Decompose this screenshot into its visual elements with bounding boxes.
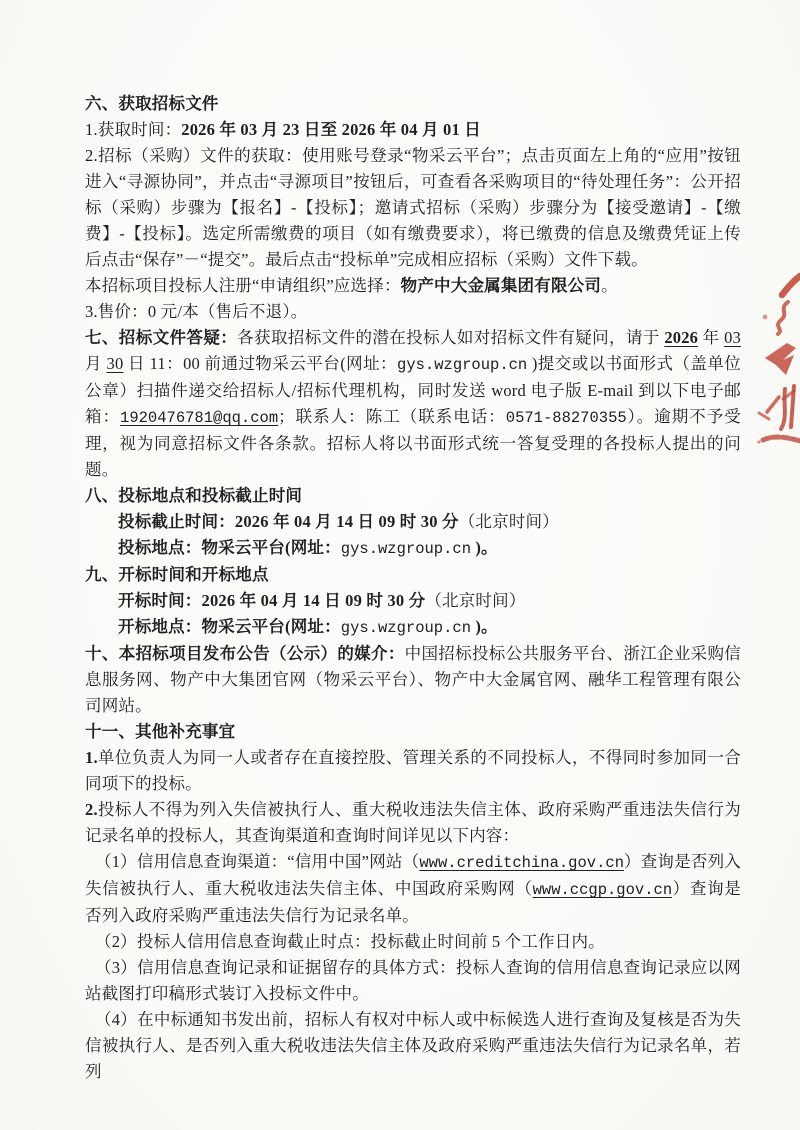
text-run: 十一、其他补充事宜	[85, 722, 235, 741]
seal-stroke	[767, 397, 779, 412]
text-run: www.creditchina.gov.cn	[419, 854, 624, 872]
text-run: 日 11：00 前通过物采云平台(网址：	[123, 354, 397, 373]
para-acquire-time: 1.获取时间：2026 年 03 月 23 日至 2026 年 04 月 01 …	[85, 117, 741, 143]
text-run: 。	[601, 276, 618, 295]
text-run: 2.招标（采购）文件的获取：使用账号登录“物采云平台”；点击页面左上角的“应用”…	[85, 146, 741, 269]
para-supp-2-1: （1）信用信息查询渠道：“信用中国”网站（www.creditchina.gov…	[85, 849, 741, 929]
text-run: 八、投标地点和投标截止时间	[85, 486, 302, 505]
heading-section-9: 九、开标时间和开标地点	[85, 562, 741, 588]
para-supp-2: 2.投标人不得为列入失信被执行人、重大税收违法失信主体、政府采购严重违法失信行为…	[85, 797, 741, 849]
para-register-org: 本招标项目投标人注册“申请组织”应选择：物产中大金属集团有限公司。	[85, 273, 741, 299]
para-supp-2-4: （4）在中标通知书发出前，招标人有权对中标人或中标候选人进行查询及复核是否为失信…	[85, 1007, 741, 1085]
text-run: 30	[107, 354, 124, 373]
text-run: 单位负责人为同一人或者存在直接控股、管理关系的不同投标人，不得同时参加同一合同项…	[85, 748, 741, 793]
text-run: www.ccgp.gov.cn	[533, 881, 673, 899]
para-opening-location: 开标地点：物采云平台(网址：gys.wzgroup.cn )。	[85, 614, 741, 641]
text-run: 2026	[664, 328, 698, 347]
seal-stroke	[778, 302, 788, 334]
seal-stroke	[765, 343, 796, 375]
para-bid-deadline: 投标截止时间：2026 年 04 月 14 日 09 时 30 分（北京时间）	[85, 509, 741, 535]
red-seal-stamp	[757, 271, 800, 452]
para-supp-2-3: （3）信用信息查询记录和证据留存的具体方式：投标人查询的信用信息查询记录应以网站…	[85, 955, 741, 1007]
para-bid-location: 投标地点：物采云平台(网址：gys.wzgroup.cn )。	[85, 535, 741, 562]
text-run: 3.售价：0 元/本（售后不退）。	[85, 302, 307, 321]
para-supp-1: 1.单位负责人为同一人或者存在直接控股、管理关系的不同投标人，不得同时参加同一合…	[85, 745, 741, 797]
text-run: 月	[85, 354, 107, 373]
text-run: gys.wzgroup.cn	[341, 619, 471, 637]
text-run: 物产中大金属集团有限公司	[401, 276, 601, 295]
para-supp-2-2: （2）投标人信用信息查询截止时点：投标截止时间前 5 个工作日内。	[85, 929, 741, 955]
text-run: （北京时间）	[459, 512, 559, 531]
document-page: 六、获取招标文件1.获取时间：2026 年 03 月 23 日至 2026 年 …	[0, 0, 800, 1130]
text-run: （北京时间）	[425, 591, 525, 610]
text-run: 开标地点：物采云平台(网址：	[118, 617, 341, 636]
seal-stroke	[782, 276, 800, 295]
seal-stroke	[783, 391, 794, 399]
text-run: ；联系人：陈工（联系电话：	[278, 407, 506, 426]
text-run: gys.wzgroup.cn	[341, 540, 471, 558]
text-run: 开标时间：2026 年 04 月 14 日 09 时 30 分	[118, 591, 425, 610]
heading-section-6: 六、获取招标文件	[85, 91, 741, 117]
seal-stroke	[759, 413, 769, 419]
text-run: （4）在中标通知书发出前，招标人有权对中标人或中标候选人进行查询及复核是否为失信…	[85, 1010, 741, 1081]
para-section-7-qa: 七、招标文件答疑：各获取招标文件的潜在投标人如对招标文件有疑问，请于 2026 …	[85, 325, 741, 483]
text-run: 03	[724, 328, 741, 347]
text-run: 九、开标时间和开标地点	[85, 565, 269, 584]
text-run: 投标人不得为列入失信被执行人、重大税收违法失信主体、政府采购严重违法失信行为记录…	[85, 800, 741, 845]
text-run: 六、获取招标文件	[85, 94, 219, 113]
text-run: 年	[698, 328, 724, 347]
para-price: 3.售价：0 元/本（售后不退）。	[85, 299, 741, 325]
seal-stroke	[763, 315, 768, 320]
text-run: )。	[471, 538, 498, 557]
heading-section-8: 八、投标地点和投标截止时间	[85, 483, 741, 509]
text-run: 1920476781@qq.com	[120, 409, 278, 427]
text-run: 1.获取时间：	[85, 120, 181, 139]
text-run: （1）信用信息查询渠道：“信用中国”网站（	[95, 852, 419, 871]
text-run: 0571-88270355	[506, 409, 627, 427]
text-run: 七、招标文件答疑：	[85, 328, 237, 347]
text-run: 本招标项目投标人注册“申请组织”应选择：	[85, 276, 401, 295]
seal-stroke	[781, 389, 785, 429]
seal-stroke	[757, 440, 760, 443]
text-run: （3）信用信息查询记录和证据留存的具体方式：投标人查询的信用信息查询记录应以网站…	[85, 958, 741, 1003]
heading-section-11: 十一、其他补充事宜	[85, 719, 741, 745]
text-run: （2）投标人信用信息查询截止时点：投标截止时间前 5 个工作日内。	[95, 932, 605, 951]
para-opening-time: 开标时间：2026 年 04 月 14 日 09 时 30 分（北京时间）	[85, 588, 741, 614]
text-run: 投标截止时间：2026 年 04 月 14 日 09 时 30 分	[118, 512, 459, 531]
text-run: )。	[471, 617, 498, 636]
seal-stroke	[763, 437, 800, 441]
para-acquire-method: 2.招标（采购）文件的获取：使用账号登录“物采云平台”；点击页面左上角的“应用”…	[85, 143, 741, 273]
text-run: 2026 年 03 月 23 日至 2026 年 04 月 01 日	[181, 120, 481, 139]
document-body: 六、获取招标文件1.获取时间：2026 年 03 月 23 日至 2026 年 …	[85, 91, 741, 1085]
text-run: 1.	[85, 748, 98, 767]
text-run: gys.wzgroup.cn	[397, 356, 527, 374]
seal-stroke	[791, 386, 794, 427]
para-section-10-media: 十、本招标项目发布公告（公示）的媒介：中国招标投标公共服务平台、浙江企业采购信息…	[85, 641, 741, 719]
text-run: 各获取招标文件的潜在投标人如对招标文件有疑问，请于	[237, 328, 664, 347]
text-run: 2.	[85, 800, 98, 819]
text-run: 投标地点：物采云平台(网址：	[118, 538, 341, 557]
text-run: 十、本招标项目发布公告（公示）的媒介：	[85, 644, 405, 663]
